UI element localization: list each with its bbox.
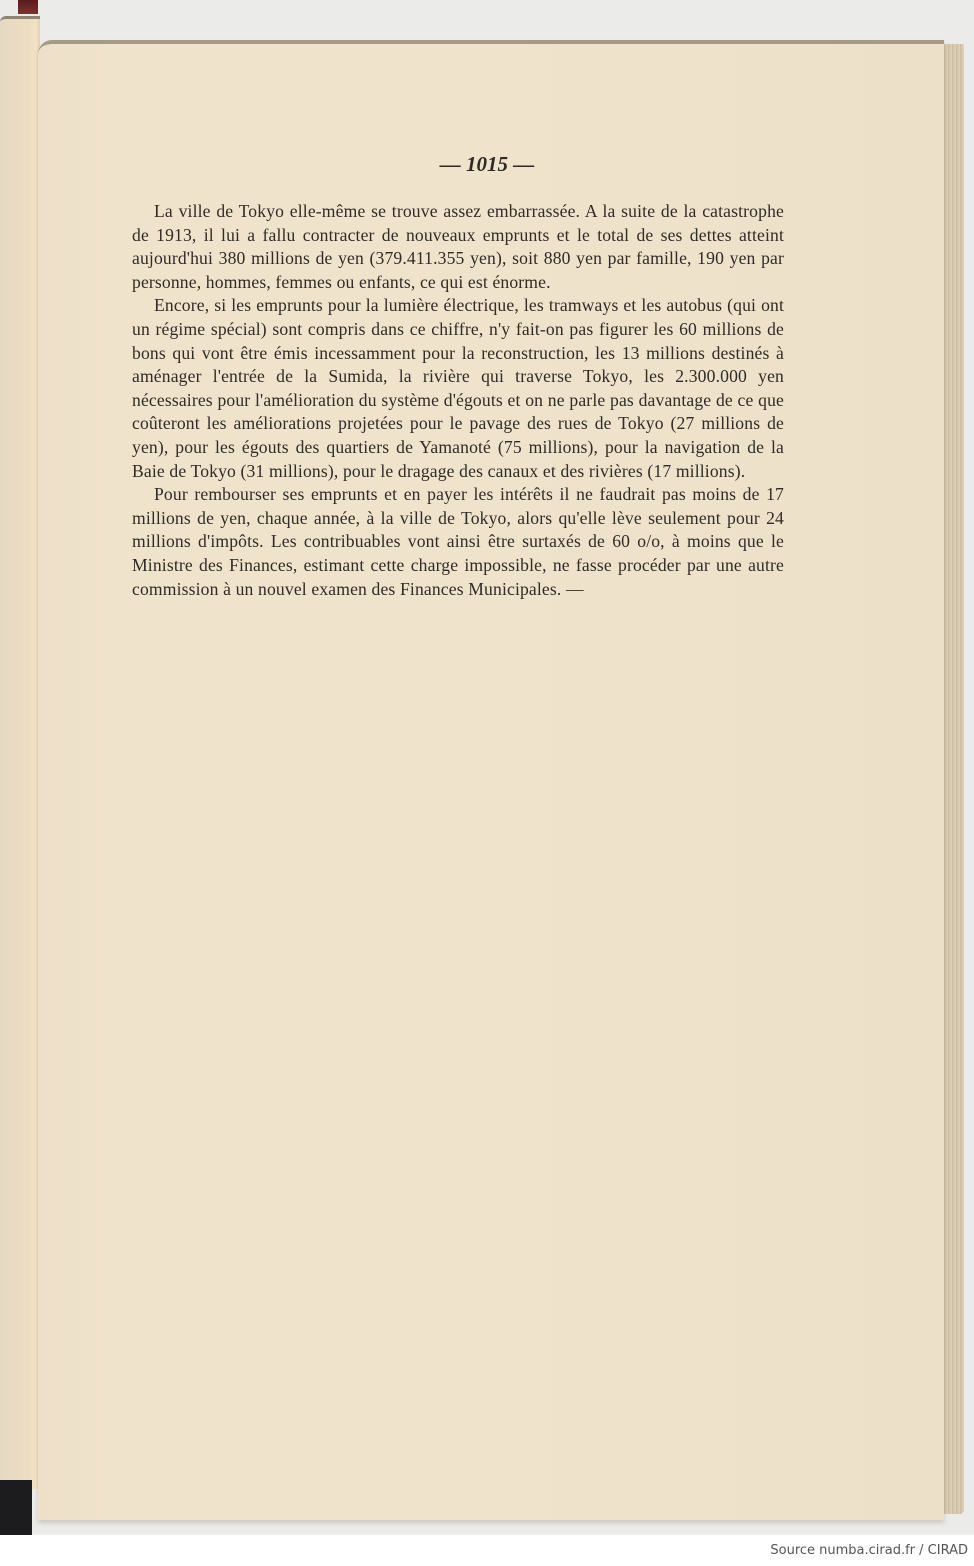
page-number: — 1015 — <box>0 152 974 177</box>
scanned-book-spread: — 1015 — La ville de Tokyo elle-même se … <box>0 0 974 1535</box>
paragraph: Pour rembourser ses emprunts et en payer… <box>132 483 784 601</box>
paragraph: Encore, si les emprunts pour la lumière … <box>132 294 784 483</box>
book-cover-top <box>18 0 38 14</box>
left-page-edge <box>0 16 40 1489</box>
body-text: La ville de Tokyo elle-même se trouve as… <box>132 200 784 601</box>
stacked-page-edges <box>944 44 964 1514</box>
source-caption: Source numba.cirad.fr / CIRAD <box>770 1543 968 1558</box>
book-cover-bottom <box>0 1480 32 1535</box>
paragraph: La ville de Tokyo elle-même se trouve as… <box>132 200 784 294</box>
